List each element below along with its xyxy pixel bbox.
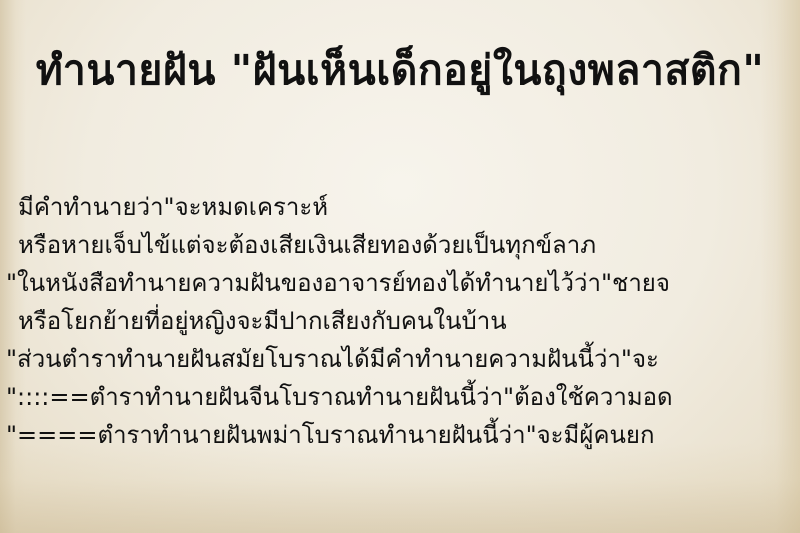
text-line: หรือหายเจ็บไข้แต่จะต้องเสียเงินเสียทองด้… <box>0 226 800 264</box>
text-line: "ส่วนตำราทำนายฝันสมัยโบราณได้มีคำทำนายคว… <box>0 340 800 378</box>
text-line: "====ตำราทำนายฝันพม่าโบราณทำนายฝันนี้ว่า… <box>0 416 800 454</box>
text-line: มีคำทำนายว่า"จะหมดเคราะห์ <box>0 188 800 226</box>
text-line: หรือโยกย้ายที่อยู่หญิงจะมีปากเสียงกับคนใ… <box>0 302 800 340</box>
text-line: "::::==ตำราทำนายฝันจีนโบราณทำนายฝันนี้ว่… <box>0 378 800 416</box>
prediction-text-block: มีคำทำนายว่า"จะหมดเคราะห์ หรือหายเจ็บไข้… <box>0 188 800 454</box>
paper-stain <box>0 443 800 533</box>
page-title: ทำนายฝัน "ฝันเห็นเด็กอยู่ในถุงพลาสติก" <box>0 31 800 109</box>
text-line: "ในหนังสือทำนายความฝันของอาจารย์ทองได้ทำ… <box>0 264 800 302</box>
